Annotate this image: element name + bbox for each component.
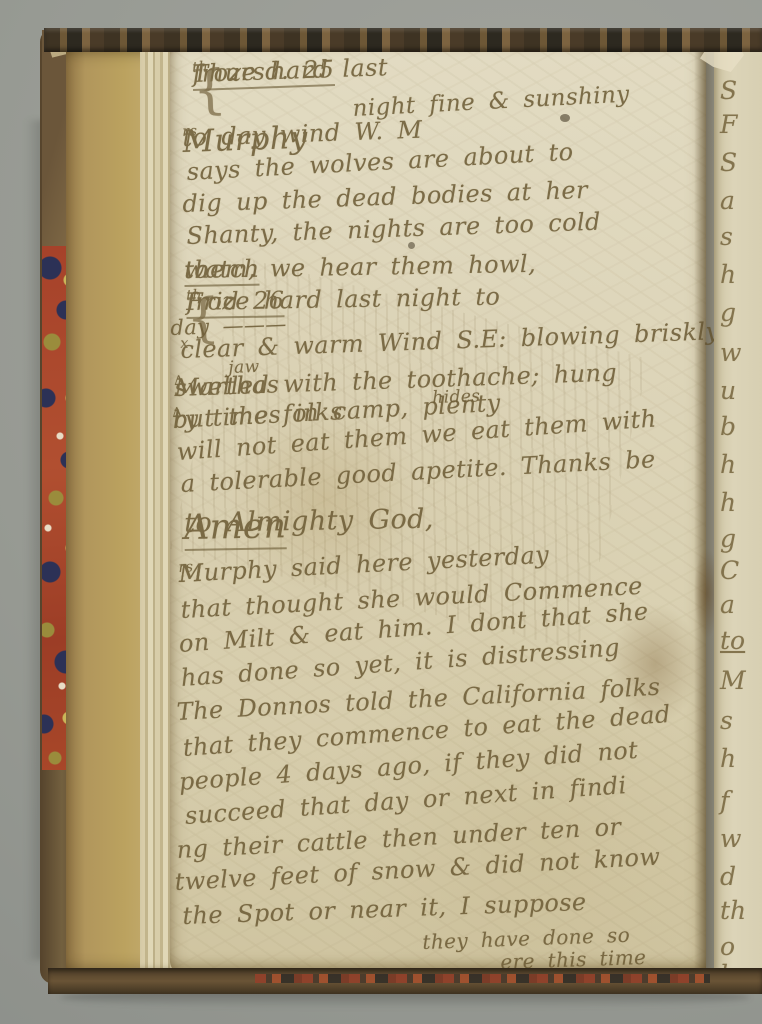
next-page-text-fragment: a: [720, 590, 735, 619]
next-page-text-fragment: d: [720, 862, 736, 891]
next-page-text-fragment: to: [720, 626, 745, 655]
next-page-text-fragment: s: [720, 222, 733, 251]
ink-spot: [560, 114, 570, 122]
next-page-text-fragment: g: [720, 298, 736, 327]
photograph-of-diary: Thursd. 25th { froze hard lastnight fine…: [0, 0, 762, 1024]
next-page-text-fragment: S: [720, 76, 737, 105]
next-page-text-fragment: o: [720, 932, 735, 961]
next-page-text-fragment: M: [720, 666, 746, 695]
next-page-text-fragment: s: [720, 706, 733, 735]
next-page-text-fragment: h: [720, 260, 736, 289]
next-page-text-fragment: F: [720, 110, 737, 139]
manuscript-text: Amen: [184, 506, 287, 551]
next-page-text-fragment: S: [720, 148, 737, 177]
manuscript-page: Thursd. 25th { froze hard lastnight fine…: [170, 44, 706, 972]
next-page-text-fragment: w: [720, 824, 741, 853]
next-page-text-fragment: a: [720, 186, 735, 215]
next-page-text-fragment: th: [720, 896, 746, 925]
ink-spot: [408, 242, 415, 249]
next-page-text-fragment: g: [720, 524, 736, 553]
next-page-text-fragment: h: [720, 744, 736, 773]
book-top-edge: [44, 28, 762, 52]
marbled-bottom-edge: [255, 974, 710, 983]
next-page-text-fragment: f: [720, 786, 729, 815]
next-page-sliver: SFSashgwubhhgCatoMshfwdthob: [714, 38, 762, 972]
next-page-text-fragment: b: [720, 412, 736, 441]
next-page-text-fragment: w: [720, 338, 741, 367]
manuscript-text: froze hard last night to: [186, 283, 500, 316]
next-page-text-fragment: h: [720, 488, 736, 517]
next-page-text-fragment: u: [720, 376, 736, 405]
next-page-text-fragment: C: [720, 556, 739, 585]
next-page-text-fragment: h: [720, 450, 736, 479]
